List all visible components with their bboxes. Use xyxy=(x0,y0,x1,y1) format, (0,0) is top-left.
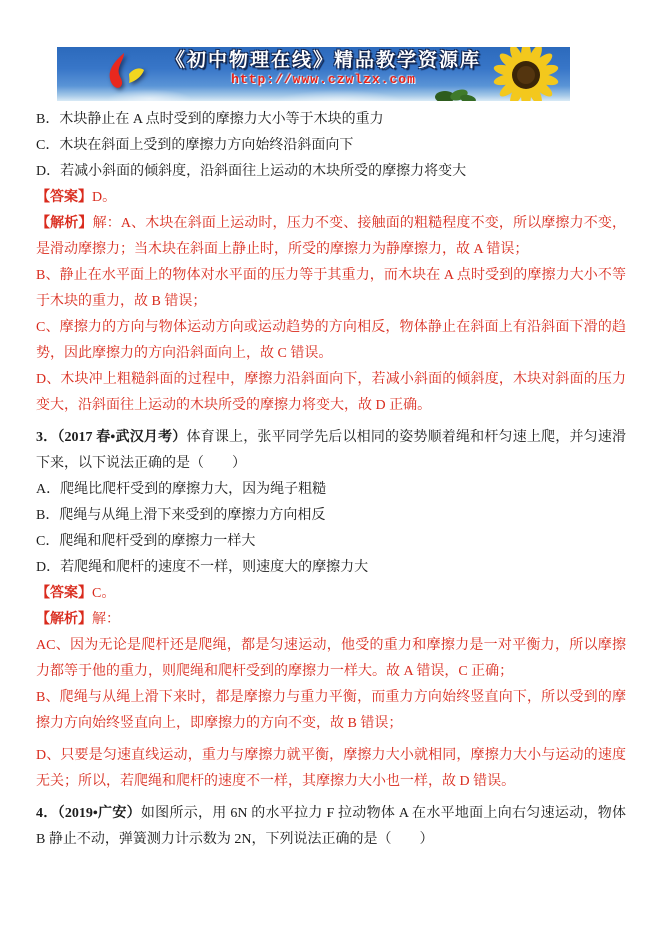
paragraph: 4．（2019•广安）如图所示，用 6N 的水平拉力 F 拉动物体 A 在水平地… xyxy=(36,801,626,853)
paragraph: 【解析】解：A、木块在斜面上运动时，压力不变、接触面的粗糙程度不变，所以摩擦力不… xyxy=(36,211,626,263)
paragraph-text: B．木块静止在 A 点时受到的摩擦力大小等于木块的重力 xyxy=(36,112,384,127)
paragraph-text: 解：A、木块在斜面上运动时，压力不变、接触面的粗糙程度不变，所以摩擦力不变，是滑… xyxy=(36,216,626,257)
paragraph: 【解析】解： xyxy=(36,607,626,633)
paragraph: 【答案】C。 xyxy=(36,581,626,607)
paragraph-bold-prefix: 【答案】 xyxy=(36,190,92,205)
paragraph-text: D、只要是匀速直线运动，重力与摩擦力就平衡，摩擦力大小就相同，摩擦力大小与运动的… xyxy=(36,748,626,789)
paragraph-bold-prefix: 【解析】 xyxy=(36,216,93,231)
paragraph: A．爬绳比爬杆受到的摩擦力大，因为绳子粗糙 xyxy=(36,477,626,503)
paragraph-text: C．木块在斜面上受到的摩擦力方向始终沿斜面向下 xyxy=(36,138,353,153)
paragraph: D、只要是匀速直线运动，重力与摩擦力就平衡，摩擦力大小就相同，摩擦力大小与运动的… xyxy=(36,743,626,795)
paragraph: B．木块静止在 A 点时受到的摩擦力大小等于木块的重力 xyxy=(36,107,626,133)
paragraph-bold-prefix: 【答案】 xyxy=(36,586,92,601)
paragraph-text: D．若爬绳和爬杆的速度不一样，则速度大的摩擦力大 xyxy=(36,560,368,575)
paragraph: D．若减小斜面的倾斜度，沿斜面往上运动的木块所受的摩擦力将变大 xyxy=(36,159,626,185)
plant-leaves-image xyxy=(435,83,477,101)
paragraph-text: B．爬绳与从绳上滑下来受到的摩擦力方向相反 xyxy=(36,508,325,523)
paragraph: B、爬绳与从绳上滑下来时，都是摩擦力与重力平衡，而重力方向始终竖直向下，所以受到… xyxy=(36,685,626,737)
banner-text: 《初中物理在线》精品教学资源库 http://www.czwlzx.com xyxy=(162,51,485,86)
paragraph: 【答案】D。 xyxy=(36,185,626,211)
paragraph-text: C．爬绳和爬杆受到的摩擦力一样大 xyxy=(36,534,255,549)
site-banner: 《初中物理在线》精品教学资源库 http://www.czwlzx.com xyxy=(57,47,570,101)
paragraph-text: B、静止在水平面上的物体对水平面的压力等于其重力，而木块在 A 点时受到的摩擦力… xyxy=(36,268,626,309)
paragraph-text: C。 xyxy=(92,586,115,601)
paragraph: AC、因为无论是爬杆还是爬绳，都是匀速运动，他受的重力和摩擦力是一对平衡力，所以… xyxy=(36,633,626,685)
paragraph: C．木块在斜面上受到的摩擦力方向始终沿斜面向下 xyxy=(36,133,626,159)
paragraph: C．爬绳和爬杆受到的摩擦力一样大 xyxy=(36,529,626,555)
paragraph-text: A．爬绳比爬杆受到的摩擦力大，因为绳子粗糙 xyxy=(36,482,326,497)
paragraph: D、木块冲上粗糙斜面的过程中，摩擦力沿斜面向下，若减小斜面的倾斜度，木块对斜面的… xyxy=(36,367,626,419)
paragraph-text: B、爬绳与从绳上滑下来时，都是摩擦力与重力平衡，而重力方向始终竖直向下，所以受到… xyxy=(36,690,626,731)
paragraph: C、摩擦力的方向与物体运动方向或运动趋势的方向相反，物体静止在斜面上有沿斜面下滑… xyxy=(36,315,626,367)
sunflower-image xyxy=(482,47,570,101)
paragraph-text: C、摩擦力的方向与物体运动方向或运动趋势的方向相反，物体静止在斜面上有沿斜面下滑… xyxy=(36,320,626,361)
paragraph-text: AC、因为无论是爬杆还是爬绳，都是匀速运动，他受的重力和摩擦力是一对平衡力，所以… xyxy=(36,638,626,679)
paragraph-bold-prefix: 4．（2019•广安） xyxy=(36,806,141,821)
paragraph: B．爬绳与从绳上滑下来受到的摩擦力方向相反 xyxy=(36,503,626,529)
document-body: B．木块静止在 A 点时受到的摩擦力大小等于木块的重力C．木块在斜面上受到的摩擦… xyxy=(36,107,626,853)
paragraph: D．若爬绳和爬杆的速度不一样，则速度大的摩擦力大 xyxy=(36,555,626,581)
paragraph: B、静止在水平面上的物体对水平面的压力等于其重力，而木块在 A 点时受到的摩擦力… xyxy=(36,263,626,315)
paragraph: 3．（2017 春•武汉月考）体育课上，张平同学先后以相同的姿势顺着绳和杆匀速上… xyxy=(36,425,626,477)
paragraph-text: D、木块冲上粗糙斜面的过程中，摩擦力沿斜面向下，若减小斜面的倾斜度，木块对斜面的… xyxy=(36,372,626,413)
paragraph-text: 解： xyxy=(92,612,120,627)
paragraph-bold-prefix: 【解析】 xyxy=(36,612,92,627)
banner-title: 《初中物理在线》精品教学资源库 xyxy=(162,51,485,70)
paragraph-text: D．若减小斜面的倾斜度，沿斜面往上运动的木块所受的摩擦力将变大 xyxy=(36,164,466,179)
paragraph-text: D。 xyxy=(92,190,116,205)
document-page: 《初中物理在线》精品教学资源库 http://www.czwlzx.com B．… xyxy=(0,0,661,935)
site-logo-icon xyxy=(105,52,155,98)
paragraph-bold-prefix: 3．（2017 春•武汉月考） xyxy=(36,430,186,445)
